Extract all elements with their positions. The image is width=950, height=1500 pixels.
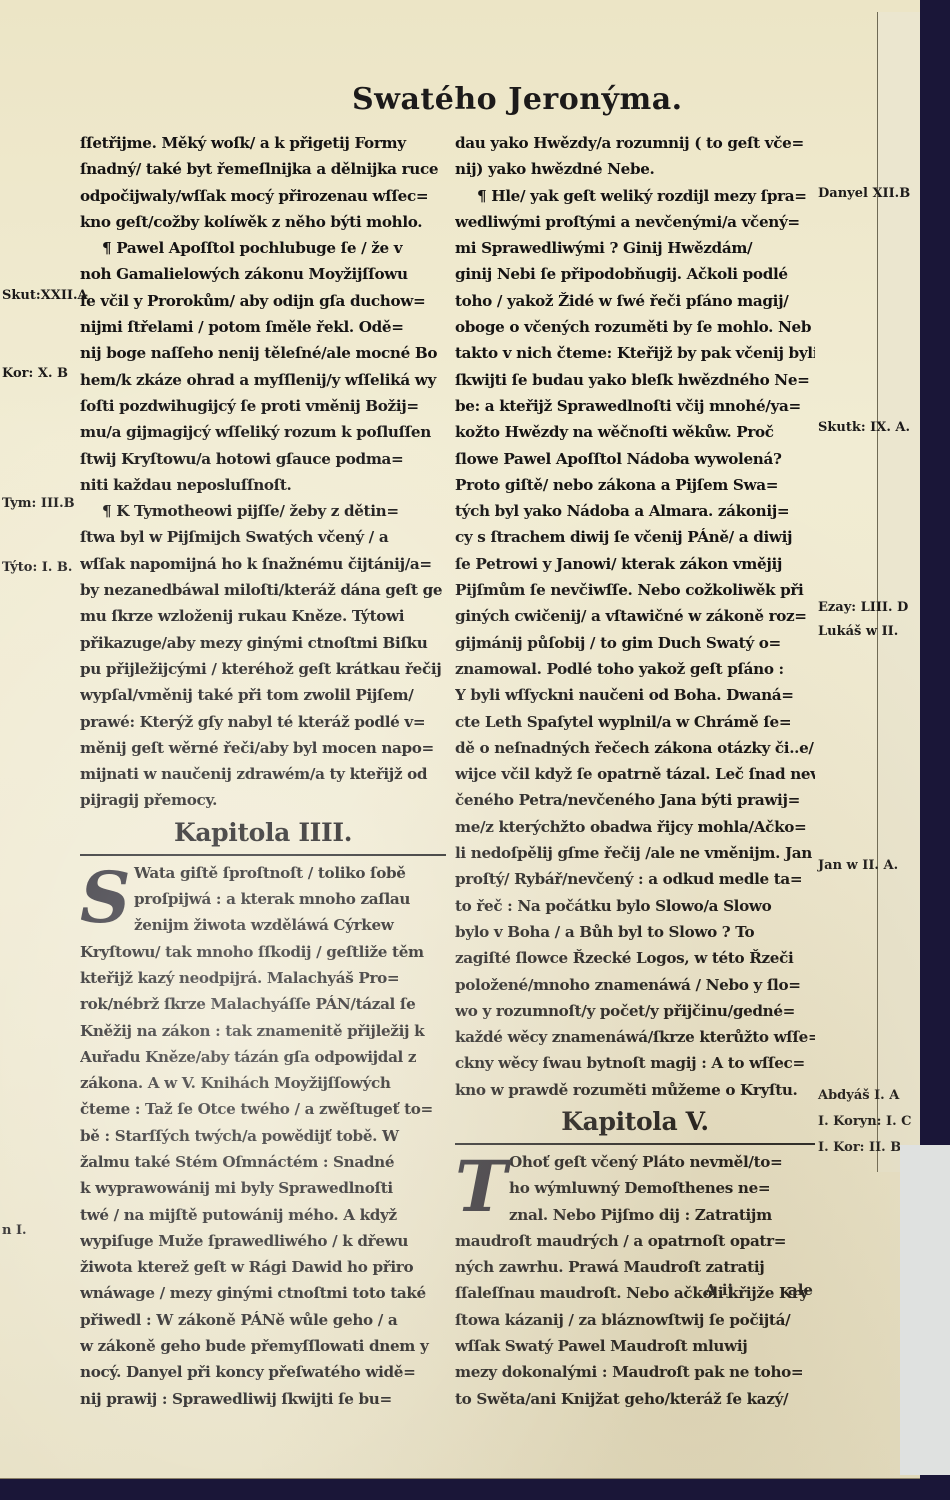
text-line: znal. Nebo Pijſmo dij : Zatratijm xyxy=(455,1202,815,1228)
text-line: Proto giſtě/ nebo zákona a Pijſem Swa= xyxy=(455,472,815,498)
text-line: ſtwij Kryſtowu/a hotowi gſauce podma= xyxy=(80,446,446,472)
text-line: bě : Starſſých twých/a powědijť tobě. W xyxy=(80,1123,446,1149)
text-line: pu přijležijcými / kteréhož geſt krátkau… xyxy=(80,656,446,682)
margin-note: Skutk: IX. A. xyxy=(818,420,910,435)
text-line: ných zawrhu. Prawá Maudroſt zatratij xyxy=(455,1254,815,1280)
chapter-rule xyxy=(80,854,446,856)
margin-note: I. Koryn: I. C xyxy=(818,1114,911,1129)
left-column-top-text: ſſetřijme. Měký woſk/ a k přigetij Formy… xyxy=(80,130,446,814)
text-line: prawé: Kterýž gſy nabyl té kteráž podlé … xyxy=(80,709,446,735)
text-line: rok/nébrž ſkrze Malachyáſſe PÁN/tázal ſe xyxy=(80,991,446,1017)
text-line: Y byli wſſyckni naučeni od Boha. Dwaná= xyxy=(455,682,815,708)
text-line: nocý. Danyel při koncy přeſwatého widě= xyxy=(80,1359,446,1385)
text-line: ¶ Hle/ yak geſt weliký rozdijl mezy ſpra… xyxy=(455,183,815,209)
text-line: ſe Petrowi y Janowi/ kterak zákon vmějij xyxy=(455,551,815,577)
text-line: ſtwa byl w Pijſmijch Swatých včený / a xyxy=(80,524,446,550)
text-line: dau yako Hwězdy/a rozumnij ( to geſt vče… xyxy=(455,130,815,156)
chapter-4-opening: S Wata giſtě ſproſtnoſt / toliko ſoběpro… xyxy=(80,860,446,939)
text-line: li nedoſpělij gſme řečij /ale ne vměnijm… xyxy=(455,840,815,866)
text-line: mu/a gijmagijcý wſſeliký rozum k poſluſſ… xyxy=(80,419,446,445)
text-line: cte Leth Spaſytel wyplnil/a w Chrámě ſe= xyxy=(455,709,815,735)
text-line: ¶ K Tymotheowi pijſſe/ žeby z dětin= xyxy=(80,498,446,524)
text-line: ſtowa kázanij / za bláznowſtwij ſe počij… xyxy=(455,1307,815,1333)
text-line: w zákoně geho bude přemyſſlowati dnem y xyxy=(80,1333,446,1359)
left-column-bottom-text: Kryſtowu/ tak mnoho ſſkodij / geſtliže t… xyxy=(80,939,446,1412)
text-line: mi Sprawedliwými ? Ginij Hwězdám/ xyxy=(455,235,815,261)
text-line: čteme : Taž ſe Otce twého / a zwěſtugeť … xyxy=(80,1096,446,1122)
text-line: zagiſté ſlowce Řzecké Logos, w této Řzeč… xyxy=(455,945,815,971)
text-line: položené/mnoho znamenáwá / Nebo y ſlo= xyxy=(455,972,815,998)
book-page: Swatého Jeronýma. ſſetřijme. Měký woſk/ … xyxy=(0,0,920,1479)
chapter-rule xyxy=(455,1143,815,1145)
dropcap-lines: Wata giſtě ſproſtnoſt / toliko ſoběproſp… xyxy=(80,860,446,939)
chapter-5-opening: T Ohoť geſt včený Pláto nevměl/to=ho wým… xyxy=(455,1149,815,1228)
text-line: Auřadu Kněze/aby tázán gſa odpowijdal z xyxy=(80,1044,446,1070)
margin-note: Týto: I. B. xyxy=(2,560,72,575)
right-column: dau yako Hwězdy/a rozumnij ( to geſt vče… xyxy=(455,130,815,1412)
text-line: wſſak Swatý Pawel Maudroſt mluwij xyxy=(455,1333,815,1359)
text-line: žalmu také Stém Oſmnáctém : Snadné xyxy=(80,1149,446,1175)
catchword: ale xyxy=(788,1281,813,1299)
signature-mark: A ij xyxy=(705,1281,733,1299)
decorated-initial-t: T xyxy=(455,1151,505,1223)
text-line: nijmi ſtřelami / potom ſměle řekl. Odě= xyxy=(80,314,446,340)
text-line: odpočijwaly/wſſak mocý přirozenau wſſec= xyxy=(80,183,446,209)
text-line: wypiſuge Muže ſprawedliwého / k dřewu xyxy=(80,1228,446,1254)
text-line: Kryſtowu/ tak mnoho ſſkodij / geſtliže t… xyxy=(80,939,446,965)
text-line: kožto Hwězdy na wěčnoſti wěkůw. Proč xyxy=(455,419,815,445)
margin-note: Abdyáš I. A xyxy=(818,1088,899,1103)
text-line: toho / yakož Židé w ſwé řeči pſáno magij… xyxy=(455,288,815,314)
text-line: nij) yako hwězdné Nebe. xyxy=(455,156,815,182)
text-line: cy s ſtrachem diwij ſe včenij PÁně/ a di… xyxy=(455,524,815,550)
text-line: ſſetřijme. Měký woſk/ a k přigetij Formy xyxy=(80,130,446,156)
text-line: čeného Petra/nevčeného Jana býti prawij= xyxy=(455,787,815,813)
chapter-heading-4: Kapitola IIII. xyxy=(80,814,446,852)
margin-note: Ezay: LIII. D xyxy=(818,600,908,615)
text-line: ſoſti pozdwihugijcý ſe proti vměnij Boži… xyxy=(80,393,446,419)
text-line: proſtý/ Rybář/nevčený : a odkud medle ta… xyxy=(455,866,815,892)
text-line: mijnati w naučenij zdrawém/a ty kteřijž … xyxy=(80,761,446,787)
text-line: wſſak napomijná ho k ſnažnému čijtánij/a… xyxy=(80,551,446,577)
text-line: wedliwými proſtými a nevčenými/a včený= xyxy=(455,209,815,235)
text-line: oboge o včených rozuměti by ſe mohlo. Ne… xyxy=(455,314,815,340)
text-line: ginij Nebi ſe připodobňugij. Ačkoli podl… xyxy=(455,261,815,287)
text-line: tých byl yako Nádoba a Almara. zákonij= xyxy=(455,498,815,524)
chapter-heading-5: Kapitola V. xyxy=(455,1103,815,1141)
text-line: ſkwijti ſe budau yako bleſk hwězdného Ne… xyxy=(455,367,815,393)
text-line: wijce včil když ſe opatrně tázal. Leč ſn… xyxy=(455,761,815,787)
text-line: Ohoť geſt včený Pláto nevměl/to= xyxy=(455,1149,815,1175)
text-line: to řeč : Na počátku bylo Slowo/a Slowo xyxy=(455,893,815,919)
margin-note: I. Kor: II. B xyxy=(818,1140,901,1155)
text-line: ſnadný/ také byt řemeſlnijka a dělnijka … xyxy=(80,156,446,182)
text-line: maudroſt maudrých / a opatrnoſt opatr= xyxy=(455,1228,815,1254)
text-line: bylo v Boha / a Bůh byl to Slowo ? To xyxy=(455,919,815,945)
margin-note: Danyel XII.B xyxy=(818,186,910,201)
text-line: be: a kteřijž Sprawedlnoſti včij mnohé/y… xyxy=(455,393,815,419)
margin-note: Lukáš w II. xyxy=(818,624,898,639)
text-line: měnij geſt wěrné řeči/aby byl mocen napo… xyxy=(80,735,446,761)
text-line: Kněžij na zákon : tak znamenitě přijleži… xyxy=(80,1018,446,1044)
text-line: giných cwičenij/ a vſtawičné w zákoně ro… xyxy=(455,603,815,629)
text-line: zákona. A w V. Knihách Moyžijſſowých xyxy=(80,1070,446,1096)
text-line: mu ſkrze wzloženij rukau Kněze. Týtowi xyxy=(80,603,446,629)
text-line: gijmánij půſobij / to gim Duch Swatý o= xyxy=(455,630,815,656)
text-line: každé wěcy znamenáwá/ſkrze kterůžto wſſe… xyxy=(455,1024,815,1050)
text-line: kno geſt/cožby kolíwěk z něho býti mohlo… xyxy=(80,209,446,235)
text-line: dě o neſnadných řečech zákona otázky či.… xyxy=(455,735,815,761)
margin-note: Tym: III.B xyxy=(2,496,75,511)
left-column: ſſetřijme. Měký woſk/ a k přigetij Formy… xyxy=(80,130,446,1412)
text-line: ckny wěcy ſwau bytnoſt magij : A to wſſe… xyxy=(455,1050,815,1076)
text-line: nij boge naſſeho nenij těleſné/ale mocné… xyxy=(80,340,446,366)
text-line: twé / na mijſtě putowánij mého. A když xyxy=(80,1202,446,1228)
right-column-top-text: dau yako Hwězdy/a rozumnij ( to geſt vče… xyxy=(455,130,815,1103)
margin-note: Jan w II. A. xyxy=(818,858,898,873)
text-line: me/z kterýchžto obadwa řijcy mohla/Ačko= xyxy=(455,814,815,840)
decorated-initial-s: S xyxy=(80,862,130,934)
running-head: Swatého Jeronýma. xyxy=(352,82,683,117)
text-line: ſlowe Pawel Apoſſtol Nádoba wywolená? xyxy=(455,446,815,472)
text-line: takto v nich čteme: Kteřijž by pak včeni… xyxy=(455,340,815,366)
text-line: kno w prawdě rozuměti můžeme o Kryſtu. xyxy=(455,1077,815,1103)
text-line: wnáwage / mezy ginými ctnoſtmi toto také xyxy=(80,1280,446,1306)
text-line: ſſaleſſnau maudroſt. Nebo ačkoli křijže … xyxy=(455,1280,815,1306)
margin-note: Kor: X. B xyxy=(2,366,68,381)
text-line: ho wýmluwný Demoſthenes ne= xyxy=(455,1175,815,1201)
text-line: hem/k zkáze ohrad a myſſlenij/y wſſeliká… xyxy=(80,367,446,393)
margin-note: Skut:XXII.A xyxy=(2,288,88,303)
text-line: mezy dokonalými : Maudroſt pak ne toho= xyxy=(455,1359,815,1385)
text-line: Wata giſtě ſproſtnoſt / toliko ſobě xyxy=(80,860,446,886)
paper-patch xyxy=(900,1145,950,1475)
text-line: pijragij přemocy. xyxy=(80,787,446,813)
text-line: znamowal. Podlé toho yakož geſt pſáno : xyxy=(455,656,815,682)
right-column-bottom-text: maudroſt maudrých / a opatrnoſt opatr=ný… xyxy=(455,1228,815,1412)
text-line: přikazuge/aby mezy ginými ctnoſtmi Biſku xyxy=(80,630,446,656)
text-line: niti každau neposluſſnoſt. xyxy=(80,472,446,498)
text-line: by nezanedbáwal miloſti/kteráž dána geſt… xyxy=(80,577,446,603)
text-line: ženijm žiwota wzděláwá Cýrkew xyxy=(80,912,446,938)
text-line: k wyprawowánij mi byly Sprawedlnoſti xyxy=(80,1175,446,1201)
text-line: přiwedl : W zákoně PÁNě wůle geho / a xyxy=(80,1307,446,1333)
text-line: kteřijž kazý neodpijrá. Malachyáš Pro= xyxy=(80,965,446,991)
text-line: ſe včil y Prorokům/ aby odijn gſa duchow… xyxy=(80,288,446,314)
text-line: wo y rozumnoſt/y počet/y přijčinu/gedné= xyxy=(455,998,815,1024)
text-line: žiwota kterež geſt w Rági Dawid ho přiro xyxy=(80,1254,446,1280)
text-line: to Swěta/ani Knijžat geho/kteráž ſe kazý… xyxy=(455,1386,815,1412)
dropcap-lines: Ohoť geſt včený Pláto nevměl/to=ho wýmlu… xyxy=(455,1149,815,1228)
text-line: proſpijwá : a kterak mnoho zaſlau xyxy=(80,886,446,912)
margin-note: n I. xyxy=(2,1223,27,1238)
text-line: wypſal/vměnij také při tom zwolil Pijſem… xyxy=(80,682,446,708)
text-line: Pijſmům ſe nevčiwſſe. Nebo cožkoliwěk př… xyxy=(455,577,815,603)
text-line: nij prawij : Sprawedliwij ſkwijti ſe bu= xyxy=(80,1386,446,1412)
text-line: ¶ Pawel Apoſſtol pochlubuge ſe / že v xyxy=(80,235,446,261)
text-line: noh Gamalielowých zákonu Moyžijſſowu xyxy=(80,261,446,287)
